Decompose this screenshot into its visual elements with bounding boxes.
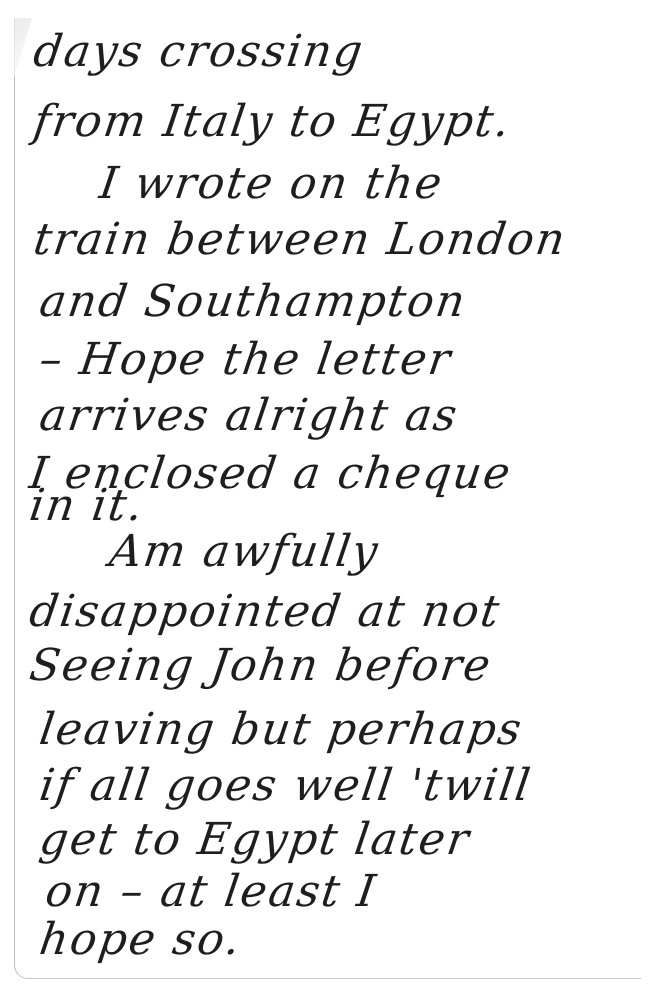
handwritten-line: on – at least I [43,870,380,914]
handwritten-line: disappointed at not [27,590,504,634]
handwritten-line: and Southampton [37,280,470,324]
handwritten-line: days crossing [31,30,367,74]
handwritten-line: arrives alright as [37,394,461,438]
handwritten-line: in it. [27,484,147,528]
handwritten-line: train between London [31,218,570,262]
handwritten-line: – Hope the letter [37,338,455,382]
handwritten-line: hope so. [37,918,244,962]
handwritten-line: if all goes well 'twill [37,764,535,808]
handwritten-text-block: days crossing from Italy to Egypt. I wro… [0,0,652,1000]
handwritten-line: Am awfully [107,530,382,574]
handwritten-line: I wrote on the [97,162,446,206]
handwritten-line: leaving but perhaps [37,708,526,752]
handwritten-line: from Italy to Egypt. [31,100,514,144]
handwritten-line: Seeing John before [27,644,495,688]
handwritten-line: get to Egypt later [37,818,473,862]
